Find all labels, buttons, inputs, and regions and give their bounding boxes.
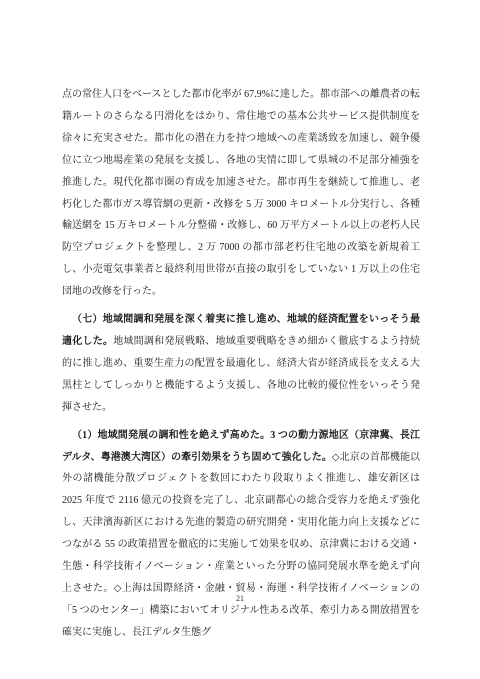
paragraph-text: 地域間調和発展戦略、地域重要戦略をきめ細かく徹底するよう持続的に推し進め、重要生… bbox=[62, 336, 420, 413]
paragraph-urbanization-continuation: 点の常住人口をベースとした都市化率が 67.9%に達した。都市部への離農者の転籍… bbox=[62, 84, 420, 303]
paragraph-regional-coordination: （七）地域間調和発展を深く着実に推し進め、地域的経済配置をいっそう最適化した。地… bbox=[62, 309, 420, 419]
paragraph-growth-engine-regions: （1）地域間発展の調和性を絶えず高めた。3 つの動力源地区（京津冀、長江デルタ、… bbox=[62, 425, 420, 644]
paragraph-text: ◇北京の首都機能以外の諸機能分散プロジェクトを数回にわたり段取りよく推進し、雄安… bbox=[62, 452, 420, 638]
document-body: 点の常住人口をベースとした都市化率が 67.9%に達した。都市部への離農者の転籍… bbox=[62, 84, 420, 644]
document-page: 点の常住人口をベースとした都市化率が 67.9%に達した。都市部への離農者の転籍… bbox=[0, 0, 480, 679]
page-number: 21 bbox=[0, 594, 480, 603]
paragraph-text: 点の常住人口をベースとした都市化率が 67.9%に達した。都市部への離農者の転籍… bbox=[62, 89, 420, 297]
